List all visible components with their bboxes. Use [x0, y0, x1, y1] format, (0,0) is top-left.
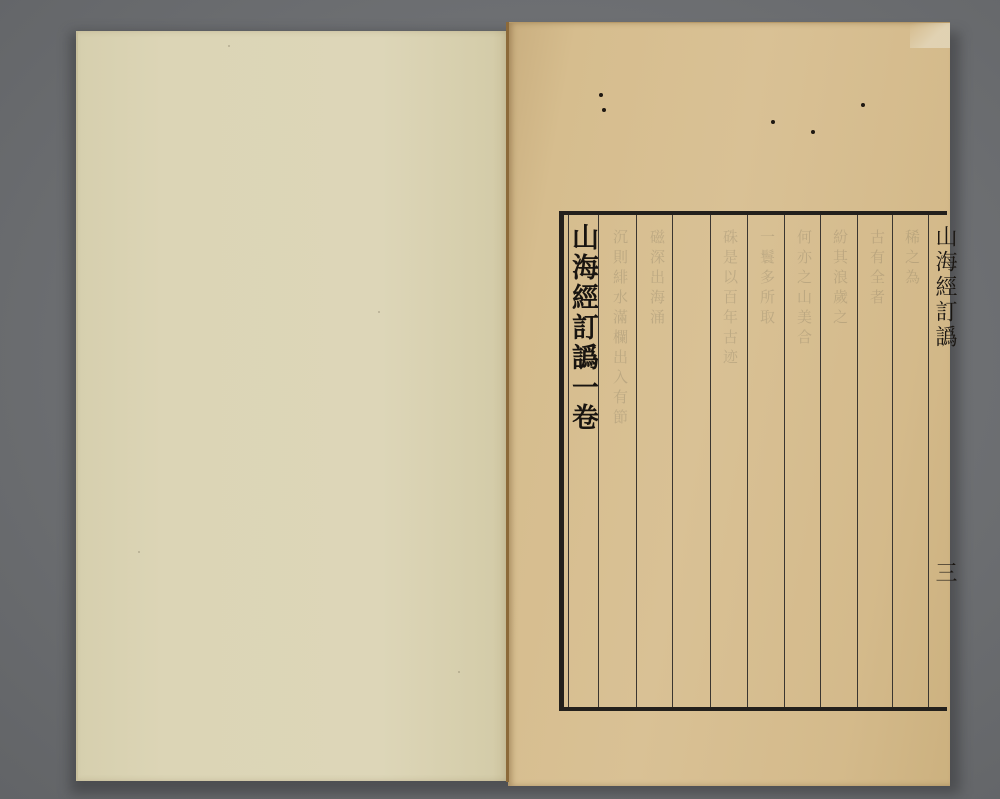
column-rule: [928, 215, 929, 707]
ghost-text-column: [678, 229, 708, 701]
column-rule: [857, 215, 858, 707]
column-rule: [747, 215, 748, 707]
ghost-text-column: 何亦之山美合: [788, 229, 818, 701]
column-rule: [710, 215, 711, 707]
paper-speck: [458, 671, 460, 673]
ink-dot: [771, 120, 775, 124]
ghost-text-column: 沉則緋水滿欄出入有節: [604, 229, 634, 701]
column-rule: [784, 215, 785, 707]
worn-corner: [910, 23, 950, 48]
paper-speck: [378, 311, 380, 313]
book-gutter: [506, 22, 509, 782]
ghost-text-column: 一鬟多所取: [751, 229, 781, 701]
spine-book-title: 山海經訂譌: [936, 225, 960, 355]
ghost-text-column: 紛其浪歲之: [824, 229, 854, 701]
page-number: 三: [938, 561, 960, 583]
ghost-text-column: 稀之為: [896, 229, 926, 701]
ink-dot: [599, 93, 603, 97]
ink-dot: [602, 108, 606, 112]
column-rule: [892, 215, 893, 707]
left-page-blank: [76, 31, 510, 781]
column-rule: [672, 215, 673, 707]
ink-dot: [811, 130, 815, 134]
ghost-text-column: 硃是以百年古迹: [714, 229, 744, 701]
printed-frame: 山海經訂譌一卷 沉則緋水滿欄出入有節 磁深出海涌 硃是以百年古迹 一鬟多所取 何…: [559, 211, 947, 711]
paper-speck: [228, 45, 230, 47]
paper-speck: [138, 551, 140, 553]
column-rule: [598, 215, 599, 707]
ghost-text-column: 磁深出海涌: [641, 229, 671, 701]
column-rule: [820, 215, 821, 707]
ink-dot: [861, 103, 865, 107]
ghost-text-column: 古有全者: [861, 229, 891, 701]
column-rule: [636, 215, 637, 707]
